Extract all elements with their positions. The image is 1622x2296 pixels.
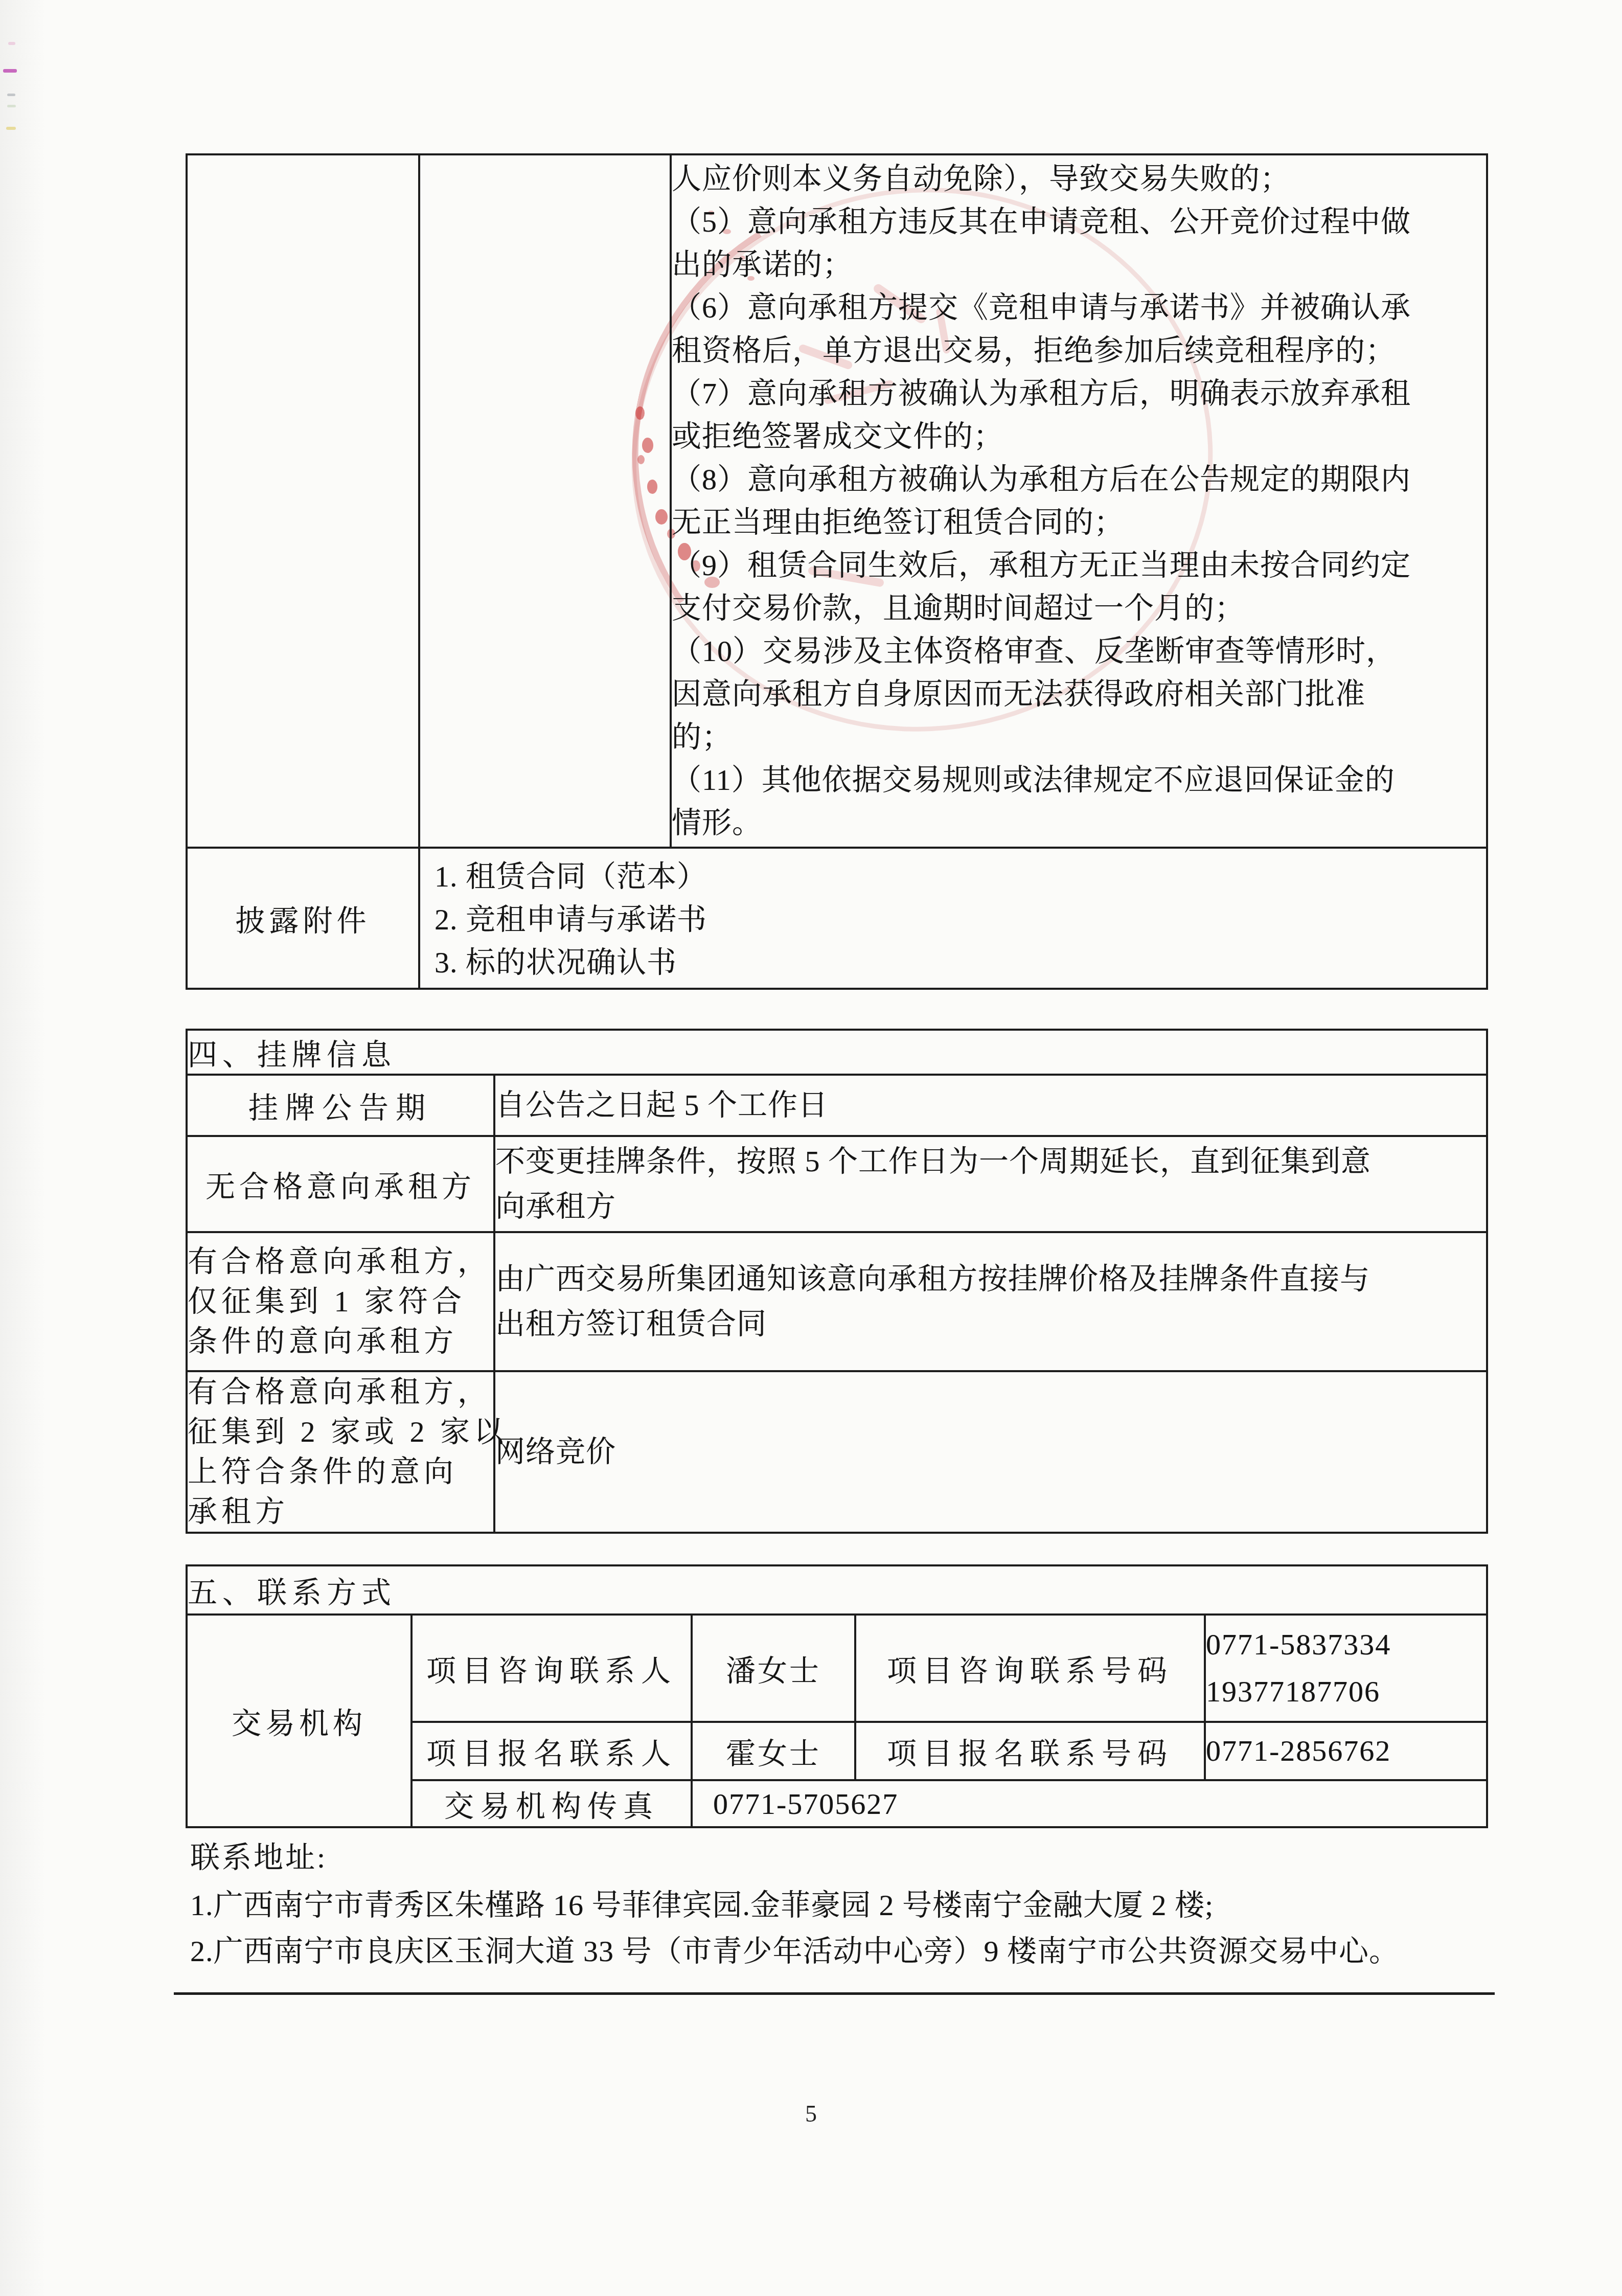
consult-contact-label: 项目咨询联系人 <box>412 1615 692 1722</box>
address-title: 联系地址: <box>190 1833 1495 1882</box>
signup-contact-label: 项目报名联系人 <box>412 1722 692 1780</box>
signup-contact-name: 霍女士 <box>692 1722 855 1780</box>
listing-row-value: 自公告之日起 5 个工作日 <box>494 1075 1487 1136</box>
listing-row-value: 由广西交易所集团通知该意向承租方按挂牌价格及挂牌条件直接与出租方签订租赁合同 <box>494 1232 1487 1371</box>
scan-artifact-mark <box>3 69 17 73</box>
scan-artifact-mark <box>6 127 16 130</box>
deposit-terms-table: 人应价则本义务自动免除），导致交易失败的；（5）意向承租方违反其在申请竞租、公开… <box>186 153 1488 990</box>
address-lines: 1.广西南宁市青秀区朱槿路 16 号菲律宾园.金菲豪园 2 号楼南宁金融大厦 2… <box>190 1882 1495 1974</box>
signup-phone-number: 0771-2856762 <box>1205 1722 1487 1780</box>
listing-row-value: 网络竞价 <box>494 1371 1487 1533</box>
fax-label: 交易机构传真 <box>412 1780 692 1827</box>
attachments-list: 1. 租赁合同（范本）2. 竞租申请与承诺书3. 标的状况确认书 <box>419 848 1487 989</box>
consult-contact-name: 潘女士 <box>692 1615 855 1722</box>
consult-phone-label: 项目咨询联系号码 <box>855 1615 1205 1722</box>
listing-info-table: 四、挂牌信息 挂牌公告期 自公告之日起 5 个工作日 无合格意向承租方 不变更挂… <box>186 1029 1488 1534</box>
scanned-document-page: 人应价则本义务自动免除），导致交易失败的；（5）意向承租方违反其在申请竞租、公开… <box>0 0 1622 2296</box>
section-title-listing: 四、挂牌信息 <box>187 1030 1487 1075</box>
org-label: 交易机构 <box>187 1615 412 1827</box>
table-cell-empty <box>187 154 419 848</box>
scan-artifact-mark <box>7 94 15 96</box>
fax-number: 0771-5705627 <box>692 1780 1487 1827</box>
scan-artifact-mark <box>7 105 16 107</box>
listing-row-label: 无合格意向承租方 <box>187 1136 494 1232</box>
contact-address-section: 联系地址: 1.广西南宁市青秀区朱槿路 16 号菲律宾园.金菲豪园 2 号楼南宁… <box>174 1826 1495 1995</box>
scan-artifact-mark <box>8 42 15 45</box>
deposit-refund-terms-text: 人应价则本义务自动免除），导致交易失败的；（5）意向承租方违反其在申请竞租、公开… <box>671 154 1487 848</box>
signup-phone-label: 项目报名联系号码 <box>855 1722 1205 1780</box>
listing-row-label: 有合格意向承租方，仅征集到 1 家符合条件的意向承租方 <box>187 1232 494 1371</box>
page-number: 5 <box>0 2100 1622 2127</box>
listing-row-value: 不变更挂牌条件，按照 5 个工作日为一个周期延长，直到征集到意向承租方 <box>494 1136 1487 1232</box>
section-title-contact: 五、联系方式 <box>187 1565 1487 1615</box>
consult-phone-numbers: 0771-583733419377187706 <box>1205 1615 1487 1722</box>
listing-row-label: 挂牌公告期 <box>187 1075 494 1136</box>
contact-info-table: 五、联系方式 交易机构 项目咨询联系人 潘女士 项目咨询联系号码 0771-58… <box>186 1564 1488 1828</box>
listing-row-label: 有合格意向承租方，征集到 2 家或 2 家以上符合条件的意向承租方 <box>187 1371 494 1533</box>
table-cell-empty <box>419 154 671 848</box>
attachments-label: 披露附件 <box>187 848 419 989</box>
